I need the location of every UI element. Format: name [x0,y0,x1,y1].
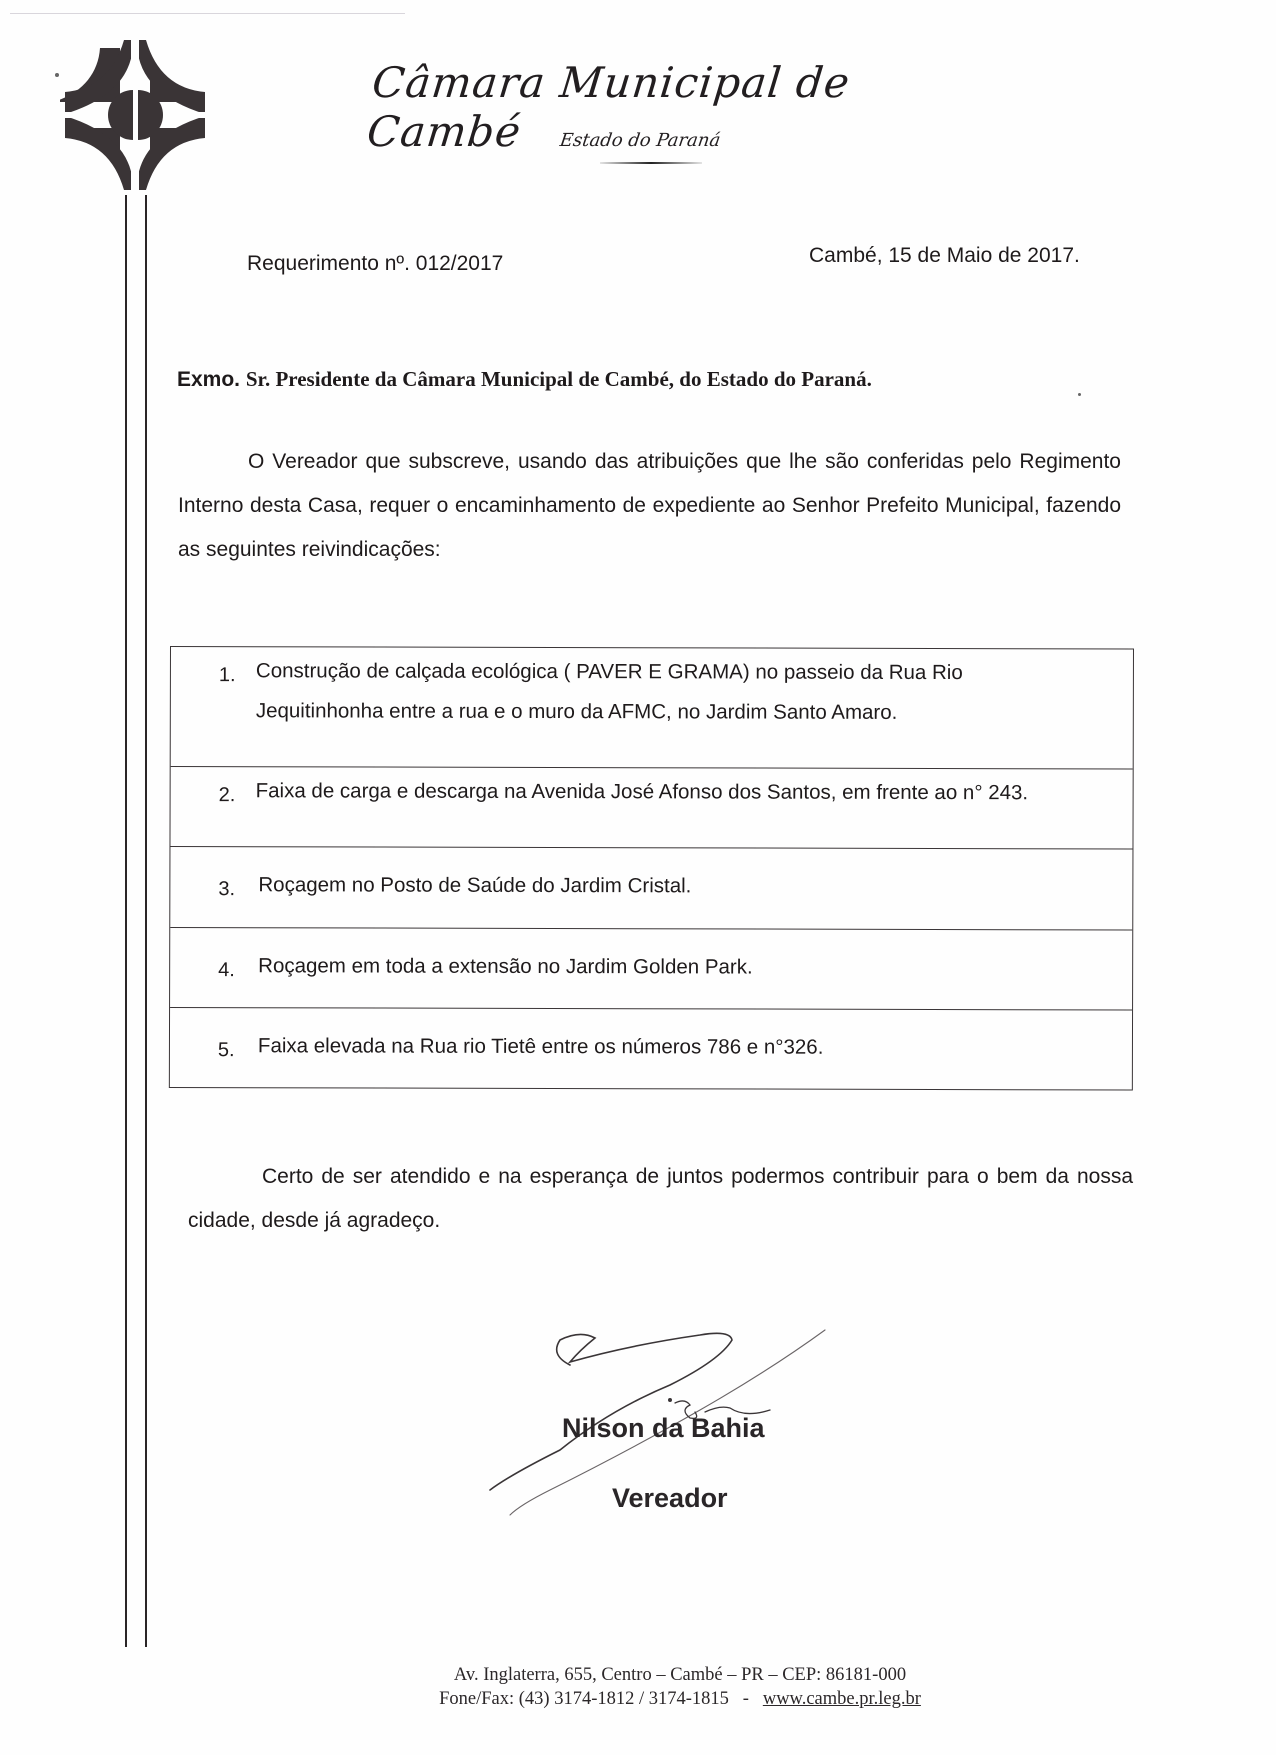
request-item-number: 2. [219,775,236,815]
request-item-text: Roçagem em toda a extensão no Jardim Gol… [258,946,1088,988]
footer-separator: - [743,1689,749,1709]
table-row: 5. Faixa elevada na Rua rio Tietê entre … [170,1007,1132,1090]
footer-website-link[interactable]: www.cambe.pr.leg.br [763,1689,921,1709]
table-row: 1. Construção de calçada ecológica ( PAV… [171,647,1133,769]
table-row: 4. Roçagem em toda a extensão no Jardim … [170,927,1132,1010]
request-item-number: 4. [218,950,235,990]
request-item-text: Faixa de carga e descarga na Avenida Jos… [256,771,1086,813]
margin-line [125,195,127,1647]
table-row: 2. Faixa de carga e descarga na Avenida … [170,766,1132,849]
table-row: 3. Roçagem no Posto de Saúde do Jardim C… [170,846,1132,930]
scan-speck [1078,393,1081,396]
footer-phone: Fone/Fax: (43) 3174-1812 / 3174-1815 [439,1689,729,1709]
request-date: Cambé, 15 de Maio de 2017. [809,244,1080,268]
camara-cambe-emblem-icon [60,40,210,190]
request-item-text: Construção de calçada ecológica ( PAVER … [256,651,1086,733]
scan-speck [55,73,59,77]
request-item-number: 5. [218,1030,235,1070]
closing-paragraph: Certo de ser atendido e na esperança de … [188,1155,1133,1243]
request-item-text: Faixa elevada na Rua rio Tietê entre os … [258,1026,1088,1068]
scan-edge-rule [10,13,405,14]
letterhead-underline [600,162,702,164]
footer-address: Av. Inglaterra, 655, Centro – Cambé – PR… [380,1663,980,1687]
request-item-number: 1. [219,655,236,695]
intro-paragraph: O Vereador que subscreve, usando das atr… [178,440,1121,572]
salutation: Exmo. [177,368,240,391]
request-item-number: 3. [218,869,235,909]
request-number: Requerimento nº. 012/2017 [247,252,503,276]
margin-line [145,195,147,1647]
requests-table: 1. Construção de calçada ecológica ( PAV… [169,646,1134,1091]
addressee-line: Exmo. Sr. Presidente da Câmara Municipal… [177,367,872,392]
request-item-text: Roçagem no Posto de Saúde do Jardim Cris… [258,865,1088,907]
signatory-role: Vereador [612,1483,728,1514]
footer: Av. Inglaterra, 655, Centro – Cambé – PR… [380,1663,980,1711]
letterhead-subtitle: Estado do Paraná [559,130,722,151]
recipient: Sr. Presidente da Câmara Municipal de Ca… [246,367,872,391]
footer-contact: Fone/Fax: (43) 3174-1812 / 3174-1815 - w… [380,1687,980,1711]
signatory-name: Nilson da Bahia [562,1413,765,1444]
